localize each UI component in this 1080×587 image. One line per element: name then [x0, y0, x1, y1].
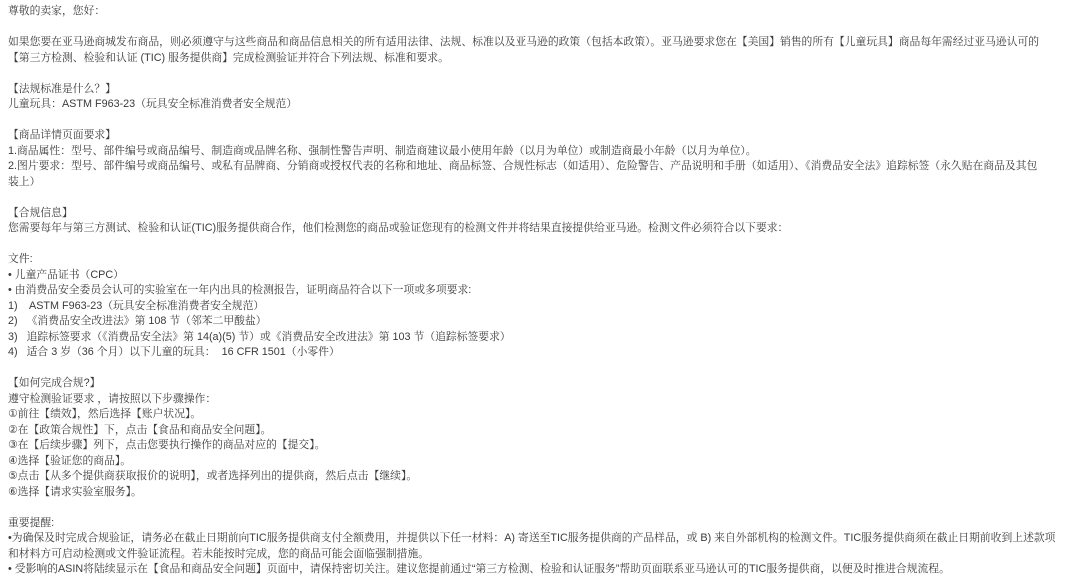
step-1: ①前往【绩效】，然后选择【账户状况】。 — [8, 407, 1072, 423]
compliance-info-heading: 【合规信息】 — [8, 206, 1072, 222]
requirement-item-2: 2) 《消费品安全改进法》第 108 节（邻苯二甲酸盐） — [8, 314, 1072, 330]
requirement-item-4: 4) 适合 3 岁（36 个月）以下儿童的玩具： 16 CFR 1501（小零件… — [8, 345, 1072, 361]
section-regulation-standards: 【法规标准是什么？】 儿童玩具：ASTM F963-23（玩具安全标准消费者安全… — [8, 82, 1072, 113]
step-6: ⑥选择【请求实验室服务】。 — [8, 485, 1072, 501]
greeting-text: 尊敬的卖家，您好： — [8, 4, 1072, 20]
product-detail-heading: 【商品详情页面要求】 — [8, 128, 1072, 144]
important-reminder-heading: 重要提醒: — [8, 516, 1072, 532]
requirement-item-3: 3) 追踪标签要求（《消费品安全法》第 14(a)(5) 节）或《消费品安全改进… — [8, 330, 1072, 346]
section-how-to-comply: 【如何完成合规?】 遵守检测验证要求 ，请按照以下步骤操作： ①前往【绩效】，然… — [8, 376, 1072, 500]
requirement-item-1: 1) ASTM F963-23（玩具安全标准消费者安全规范） — [8, 299, 1072, 315]
image-requirement-continued: 装上） — [8, 175, 1072, 191]
step-4: ④选择【验证您的商品】。 — [8, 454, 1072, 470]
reminder-bullet-payment-continued: 和材料方可启动检测或文件验证流程。若未能按时完成，您的商品可能会面临强制措施。 — [8, 547, 1072, 563]
how-to-comply-heading: 【如何完成合规?】 — [8, 376, 1072, 392]
compliance-notice-document: 尊敬的卖家，您好： 如果您要在亚马逊商城发布商品，则必须遵守与这些商品和商品信息… — [0, 0, 1080, 587]
intro-line: 【第三方检测、检验和认证 (TIC) 服务提供商】完成检测验证并符合下列法规、标… — [8, 51, 1072, 67]
document-page: { "page": { "background_color": "#ffffff… — [0, 0, 1080, 587]
step-3: ③在【后续步骤】列下，点击您要执行操作的商品对应的【提交】。 — [8, 438, 1072, 454]
documents-heading: 文件: — [8, 252, 1072, 268]
step-5: ⑤点击【从多个提供商获取报价的说明】，或者选择列出的提供商，然后点击【继续】。 — [8, 469, 1072, 485]
section-product-detail-requirements: 【商品详情页面要求】 1.商品属性：型号、部件编号或商品编号、制造商或品牌名称、… — [8, 128, 1072, 190]
section-documents: 文件: • 儿童产品证书（CPC） • 由消费品安全委员会认可的实验室在一年内出… — [8, 252, 1072, 361]
regulation-standards-item: 儿童玩具：ASTM F963-23（玩具安全标准消费者安全规范） — [8, 97, 1072, 113]
step-2: ②在【政策合规性】下，点击【食品和商品安全问题】。 — [8, 423, 1072, 439]
reminder-bullet-asin: • 受影响的ASIN将陆续显示在【食品和商品安全问题】页面中，请保持密切关注。建… — [8, 562, 1072, 578]
document-bullet-test-report: • 由消费品安全委员会认可的实验室在一年内出具的检测报告，证明商品符合以下一项或… — [8, 283, 1072, 299]
intro-line: 如果您要在亚马逊商城发布商品，则必须遵守与这些商品和商品信息相关的所有适用法律、… — [8, 35, 1072, 51]
section-intro: 如果您要在亚马逊商城发布商品，则必须遵守与这些商品和商品信息相关的所有适用法律、… — [8, 35, 1072, 66]
document-bullet-cpc: • 儿童产品证书（CPC） — [8, 268, 1072, 284]
section-important-reminder: 重要提醒: •为确保及时完成合规验证，请务必在截止日期前向TIC服务提供商支付全… — [8, 516, 1072, 578]
regulation-standards-heading: 【法规标准是什么？】 — [8, 82, 1072, 98]
how-to-comply-intro: 遵守检测验证要求 ，请按照以下步骤操作： — [8, 392, 1072, 408]
compliance-info-text: 您需要每年与第三方测试、检验和认证(TIC)服务提供商合作，他们检测您的商品或验… — [8, 221, 1072, 237]
section-greeting: 尊敬的卖家，您好： — [8, 4, 1072, 20]
section-compliance-info: 【合规信息】 您需要每年与第三方测试、检验和认证(TIC)服务提供商合作，他们检… — [8, 206, 1072, 237]
image-requirement: 2.图片要求：型号、部件编号或商品编号、或私有品牌商、分销商或授权代表的名称和地… — [8, 159, 1072, 175]
product-attribute-requirement: 1.商品属性：型号、部件编号或商品编号、制造商或品牌名称、强制性警告声明、制造商… — [8, 144, 1072, 160]
reminder-bullet-payment: •为确保及时完成合规验证，请务必在截止日期前向TIC服务提供商支付全额费用，并提… — [8, 531, 1072, 547]
